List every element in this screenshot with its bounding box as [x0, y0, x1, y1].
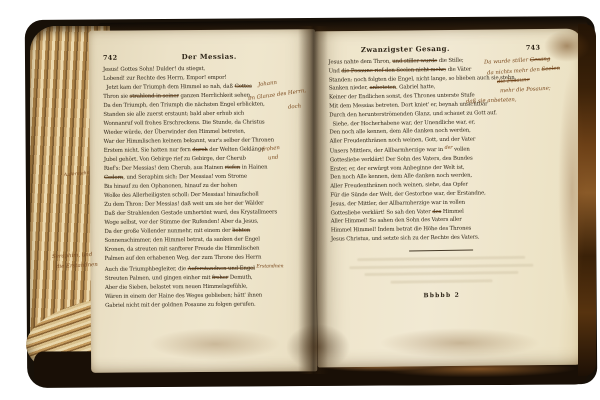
gutter-shadow: [298, 26, 328, 374]
struck-text: anbeteten: [369, 85, 396, 91]
handwritten-correction: doch: [288, 103, 302, 110]
left-page-header: 742 Der Messias.: [103, 51, 301, 62]
struck-text: Gottes: [235, 84, 252, 90]
show-through-line: [358, 256, 525, 262]
struck-text: Auferstandnen und Engel: [188, 266, 255, 273]
right-page-lines: Jesus nahte dem Thron, und stiller wurde…: [328, 55, 551, 244]
struck-text: riefen: [225, 165, 240, 171]
handwritten-insert: der: [445, 146, 453, 151]
right-page-header: Zwanzigster Gesang. 743: [328, 42, 548, 54]
right-running-title: Zwanzigster Gesang.: [328, 43, 482, 54]
text-line: Gabriel nicht mit der goldnen Posaune zu…: [105, 300, 303, 311]
left-page-lines: Jesus! Gottes Sohn! Dulder! du stiegst,L…: [103, 64, 303, 311]
show-through-line: [364, 271, 518, 276]
photograph-of-open-book: 742 Der Messias. Jesus! Gottes Sohn! Dul…: [0, 0, 600, 400]
right-page-number: 743: [526, 44, 541, 52]
struck-text: froher: [212, 275, 228, 281]
struck-text: die Posaune rief den Seelen nicht mehr;: [341, 67, 446, 74]
left-page-text-block: 742 Der Messias. Jesus! Gottes Sohn! Dul…: [103, 51, 303, 311]
left-page-number: 742: [103, 54, 118, 62]
right-cover-edge: [578, 24, 596, 376]
show-through-line: [391, 279, 492, 284]
struck-text: Gesang: [530, 56, 551, 63]
struck-text: strahlend in seiner: [130, 93, 179, 99]
show-through-line: [349, 263, 534, 269]
struck-text: Cedern: [104, 175, 123, 181]
text-line: Auch die Triumphbegleiter, die Auferstan…: [105, 262, 303, 275]
handwritten-insert: Erstandnen: [256, 264, 283, 269]
struck-text: lichten: [232, 228, 250, 234]
struck-text: Seelen: [541, 65, 560, 72]
handwritten-correction: und: [268, 155, 279, 162]
left-running-title: Der Messias.: [117, 51, 301, 62]
struck-text: und stiller wurde: [392, 58, 437, 65]
struck-text: des: [432, 209, 441, 215]
show-through: [331, 255, 551, 285]
text-line: Jesus Christus, und setzte sich zu der R…: [331, 232, 551, 244]
end-of-canto-rule: [409, 249, 473, 251]
struck-text: durch: [192, 147, 207, 153]
